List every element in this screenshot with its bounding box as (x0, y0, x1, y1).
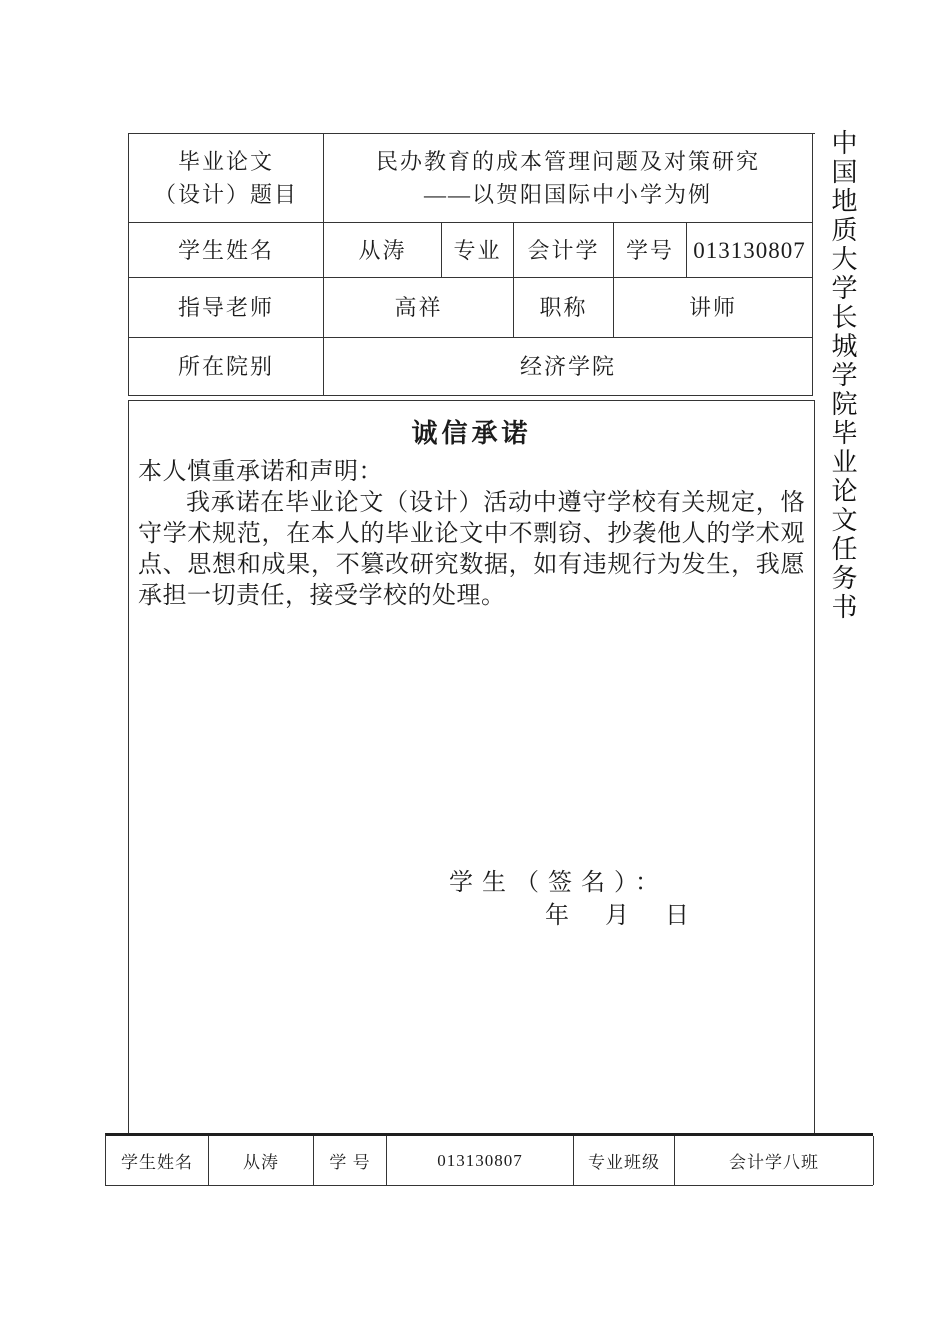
thesis-title-value: 民办教育的成本管理问题及对策研究 ——以贺阳国际中小学为例 (324, 134, 813, 223)
department-label: 所在院别 (129, 338, 324, 396)
integrity-pledge-box: 诚信承诺 本人慎重承诺和声明： 我承诺在毕业论文（设计）活动中遵守学校有关规定，… (128, 400, 815, 1135)
document-page: 毕业论文 （设计）题目 民办教育的成本管理问题及对策研究 ——以贺阳国际中小学为… (0, 0, 950, 1344)
advisor-label: 指导老师 (129, 278, 324, 338)
student-name-label: 学生姓名 (129, 223, 324, 278)
major-label: 专业 (442, 223, 514, 278)
pledge-body-text: 我承诺在毕业论文（设计）活动中遵守学校有关规定，恪守学术规范，在本人的毕业论文中… (138, 488, 805, 612)
advisor-title-label: 职称 (514, 278, 614, 338)
student-id-label: 学号 (614, 223, 687, 278)
student-id-value: 013130807 (687, 223, 813, 278)
footer-class-value: 会计学八班 (675, 1136, 874, 1185)
pledge-declaration: 本人慎重承诺和声明： (138, 457, 805, 488)
vertical-document-title: 中国地质大学长城学院毕业论文任务书 (826, 129, 858, 622)
thesis-title-label: 毕业论文 （设计）题目 (129, 134, 324, 223)
department-value: 经济学院 (324, 338, 813, 396)
major-value: 会计学 (514, 223, 614, 278)
pledge-heading: 诚信承诺 (138, 417, 805, 451)
student-signature-label: 学生（签名）： (449, 862, 668, 897)
footer-class-label: 专业班级 (574, 1136, 675, 1185)
footer-name-label: 学生姓名 (106, 1136, 209, 1185)
footer-name-value: 从涛 (209, 1136, 314, 1185)
advisor-value: 高祥 (324, 278, 514, 338)
advisor-title-value: 讲师 (614, 278, 813, 338)
signature-date-line: 年 月 日 (545, 895, 689, 930)
thesis-info-table: 毕业论文 （设计）题目 民办教育的成本管理问题及对策研究 ——以贺阳国际中小学为… (128, 133, 815, 396)
footer-info-bar: 学生姓名 从涛 学 号 013130807 专业班级 会计学八班 (105, 1133, 873, 1186)
footer-id-label: 学 号 (314, 1136, 387, 1185)
footer-id-value: 013130807 (387, 1136, 574, 1185)
student-name-value: 从涛 (324, 223, 442, 278)
